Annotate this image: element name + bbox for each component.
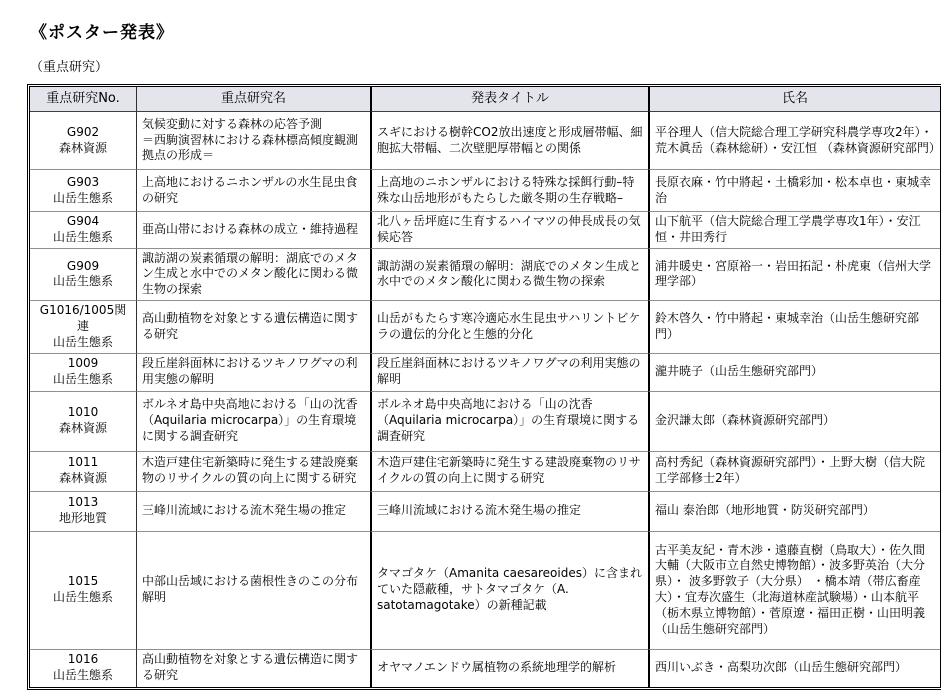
research-name-cell: 諏訪湖の炭素循環の解明：湖底でのメタン生成と水中でのメタン酸化に関わる微生物の探…	[136, 248, 370, 300]
research-no: 1009	[35, 356, 131, 372]
research-no: G909	[35, 259, 131, 275]
header-names: 氏名	[648, 87, 940, 112]
research-no-cell: G903 山岳生態系	[30, 169, 136, 211]
presentation-title-cell: 段丘崖斜面林におけるツキノワグマの利用実態の解明	[370, 353, 648, 391]
names-cell: 西川いぶき・高梨功次郎（山岳生態研究部門）	[648, 649, 940, 687]
document-page: 《ポスター発表》 （重点研究） 重点研究No. 重点研究名 発表タイトル 氏名 …	[0, 0, 941, 693]
research-no-cell: G902 森林資源	[30, 112, 136, 169]
table-row: 1011 森林資源 木造戸建住宅新築時に発生する建設廃棄物のリサイクルの質の向上…	[30, 451, 940, 491]
research-category: 森林資源	[35, 471, 131, 487]
table-row: 1015 山岳生態系 中部山岳域における菌根性きのこの分布解明 タマゴタケ（Am…	[30, 531, 940, 649]
research-name-cell: 高山動植物を対象とする遺伝構造に関する研究	[136, 300, 370, 352]
table-row: 1013 地形地質 三峰川流域における流木発生場の推定 三峰川流域における流木発…	[30, 491, 940, 531]
poster-presentation-table: 重点研究No. 重点研究名 発表タイトル 氏名 G902 森林資源 気候変動に対…	[27, 84, 941, 690]
presentation-title-cell: スギにおける樹幹CO2放出速度と形成層帯幅、細胞拡大帯幅、二次壁肥厚帯幅との関係	[370, 112, 648, 169]
names-cell: 長原衣麻・竹中將起・土橋彩加・松本卓也・東城幸治	[648, 169, 940, 211]
research-category: 山岳生態系	[35, 274, 131, 290]
research-no: 1011	[35, 455, 131, 471]
names-cell: 古平美友紀・青木渉・遠藤直樹（鳥取大）・佐久間大輔（大阪市立自然史博物館）・波多…	[648, 531, 940, 649]
table-row: G903 山岳生態系 上高地におけるニホンザルの水生昆虫食の研究 上高地のニホン…	[30, 169, 940, 211]
presentation-title-cell: 諏訪湖の炭素循環の解明：湖底でのメタン生成と水中でのメタン酸化に関わる微生物の探…	[370, 248, 648, 300]
research-no-cell: G1016/1005関連 山岳生態系	[30, 300, 136, 352]
research-no: 1016	[35, 652, 131, 668]
research-no-cell: 1011 森林資源	[30, 451, 136, 491]
names-cell: 浦井暖史・宮原裕一・岩田拓記・朴虎東（信州大学理学部）	[648, 248, 940, 300]
names-cell: 福山 泰治郎（地形地質・防災研究部門）	[648, 491, 940, 531]
research-no-cell: 1013 地形地質	[30, 491, 136, 531]
research-name-cell: 高山動植物を対象とする遺伝構造に関する研究	[136, 649, 370, 687]
research-name-cell: 中部山岳域における菌根性きのこの分布解明	[136, 531, 370, 649]
research-category: 山岳生態系	[35, 335, 131, 351]
table-row: G904 山岳生態系 亜高山帯における森林の成立・維持過程 北八ヶ岳坪庭に生育す…	[30, 211, 940, 248]
table-row: 1016 山岳生態系 高山動植物を対象とする遺伝構造に関する研究 オヤマノエンド…	[30, 649, 940, 687]
page-title: 《ポスター発表》	[30, 18, 174, 43]
page-subtitle: （重点研究）	[30, 56, 108, 75]
research-category: 森林資源	[35, 421, 131, 437]
research-no: G903	[35, 175, 131, 191]
table-row: G1016/1005関連 山岳生態系 高山動植物を対象とする遺伝構造に関する研究…	[30, 300, 940, 352]
research-no: 1010	[35, 405, 131, 421]
research-no-cell: 1016 山岳生態系	[30, 649, 136, 687]
presentation-title-cell: 三峰川流域における流木発生場の推定	[370, 491, 648, 531]
names-cell: 金沢謙太郎（森林資源研究部門）	[648, 391, 940, 451]
research-name-cell: 亜高山帯における森林の成立・維持過程	[136, 211, 370, 248]
table-header: 重点研究No. 重点研究名 発表タイトル 氏名	[30, 87, 940, 112]
presentation-title-cell: 木造戸建住宅新築時に発生する建設廃棄物のリサイクルの質の向上に関する研究	[370, 451, 648, 491]
research-name-cell: 段丘崖斜面林におけるツキノワグマの利用実態の解明	[136, 353, 370, 391]
research-name-cell: 木造戸建住宅新築時に発生する建設廃棄物のリサイクルの質の向上に関する研究	[136, 451, 370, 491]
research-name-cell: 上高地におけるニホンザルの水生昆虫食の研究	[136, 169, 370, 211]
presentation-title-cell: 山岳がもたらす寒冷適応水生昆虫サハリントビケラの遺伝的分化と生態的分化	[370, 300, 648, 352]
research-no-cell: 1009 山岳生態系	[30, 353, 136, 391]
header-research-name: 重点研究名	[136, 87, 370, 112]
research-name-cell: 気候変動に対する森林の応答予測 ＝西駒演習林における森林標高傾度観測拠点の形成＝	[136, 112, 370, 169]
presentation-title-cell: タマゴタケ（Amanita caesareoides）に含まれていた隠蔽種，サト…	[370, 531, 648, 649]
presentation-title-cell: ボルネオ島中央高地における「山の沈香（Aquilaria microcarpa）…	[370, 391, 648, 451]
research-category: 山岳生態系	[35, 372, 131, 388]
table-row: 1010 森林資源 ボルネオ島中央高地における「山の沈香 （Aquilaria …	[30, 391, 940, 451]
table-row: G902 森林資源 気候変動に対する森林の応答予測 ＝西駒演習林における森林標高…	[30, 112, 940, 169]
research-category: 地形地質	[35, 511, 131, 527]
research-no-cell: 1010 森林資源	[30, 391, 136, 451]
research-category: 山岳生態系	[35, 590, 131, 606]
research-no-cell: G909 山岳生態系	[30, 248, 136, 300]
research-category: 森林資源	[35, 141, 131, 157]
header-presentation-title: 発表タイトル	[370, 87, 648, 112]
names-cell: 平谷理人（信大院総合理工学研究科農学専攻2年）・荒木眞岳（森林総研）・安江恒 （…	[648, 112, 940, 169]
table-body: G902 森林資源 気候変動に対する森林の応答予測 ＝西駒演習林における森林標高…	[30, 112, 940, 687]
presentation-title-cell: 上高地のニホンザルにおける特殊な採餌行動–特殊な山岳地形がもたらした厳冬期の生存…	[370, 169, 648, 211]
research-name-cell: ボルネオ島中央高地における「山の沈香 （Aquilaria microcarpa…	[136, 391, 370, 451]
research-category: 山岳生態系	[35, 668, 131, 684]
names-cell: 鈴木啓久・竹中將起・東城幸治（山岳生態研究部門）	[648, 300, 940, 352]
table-header-row: 重点研究No. 重点研究名 発表タイトル 氏名	[30, 87, 940, 112]
names-cell: 瀧井暁子（山岳生態研究部門）	[648, 353, 940, 391]
research-no-cell: 1015 山岳生態系	[30, 531, 136, 649]
research-name-cell: 三峰川流域における流木発生場の推定	[136, 491, 370, 531]
research-category: 山岳生態系	[35, 230, 131, 246]
table-row: G909 山岳生態系 諏訪湖の炭素循環の解明：湖底でのメタン生成と水中でのメタン…	[30, 248, 940, 300]
research-no: 1015	[35, 574, 131, 590]
research-no: G904	[35, 214, 131, 230]
names-cell: 高村秀紀（森林資源研究部門）・上野大樹（信大院工学部修士2年）	[648, 451, 940, 491]
research-no-cell: G904 山岳生態系	[30, 211, 136, 248]
research-no: 1013	[35, 495, 131, 511]
names-cell: 山下航平（信大院総合理工学農学専攻1年）・安江恒・井田秀行	[648, 211, 940, 248]
research-category: 山岳生態系	[35, 191, 131, 207]
research-no: G1016/1005関連	[35, 303, 131, 335]
research-no: G902	[35, 125, 131, 141]
table-row: 1009 山岳生態系 段丘崖斜面林におけるツキノワグマの利用実態の解明 段丘崖斜…	[30, 353, 940, 391]
presentation-title-cell: 北八ヶ岳坪庭に生育するハイマツの伸長成長の気候応答	[370, 211, 648, 248]
header-research-no: 重点研究No.	[30, 87, 136, 112]
presentation-title-cell: オヤマノエンドウ属植物の系統地理学的解析	[370, 649, 648, 687]
